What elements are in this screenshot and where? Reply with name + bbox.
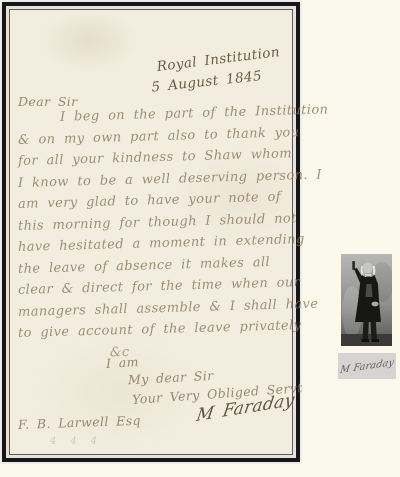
faraday-signature-thumbnail[interactable]: M Faraday [338, 353, 396, 379]
letter-closing-line: My dear Sir [128, 368, 214, 387]
pencil-annotation: 4 4 4 [50, 436, 97, 447]
signature-caption: M Faraday [339, 357, 395, 376]
letter-image[interactable]: Royal Institution 5 August 1845 Dear Sir… [9, 9, 293, 455]
letter-closing-line: I am [106, 354, 140, 371]
letter-addressee: F. B. Larwell Esq [18, 413, 141, 432]
faraday-portrait-thumbnail[interactable] [341, 254, 392, 346]
letter-place-line: Royal Institution [156, 44, 281, 75]
faraday-portrait-icon [341, 254, 392, 346]
letter-body: I beg on the part of the Institution & o… [18, 108, 288, 366]
